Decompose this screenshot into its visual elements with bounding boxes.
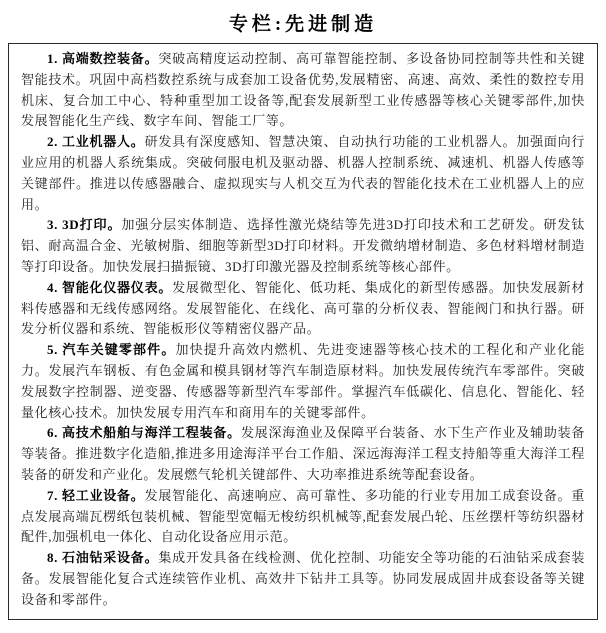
item-heading: 3. 3D打印。 bbox=[47, 217, 121, 232]
item-paragraph: 1. 高端数控装备。突破高精度运动控制、高可靠智能控制、多设备协同控制等共性和关… bbox=[21, 49, 585, 132]
document-page: 专栏:先进制造 1. 高端数控装备。突破高精度运动控制、高可靠智能控制、多设备协… bbox=[0, 0, 606, 633]
item-heading: 4. 智能化仪器仪表。 bbox=[47, 280, 172, 295]
item-paragraph: 8. 石油钻采设备。集成开发具备在线检测、优化控制、功能安全等功能的石油钻采成套… bbox=[21, 548, 585, 610]
item-paragraph: 3. 3D打印。加强分层实体制造、选择性激光烧结等先进3D打印技术和工艺研发。研… bbox=[21, 215, 585, 277]
item-heading: 1. 高端数控装备。 bbox=[47, 51, 158, 66]
item-paragraph: 5. 汽车关键零部件。加快提升高效内燃机、先进变速器等核心技术的工程化和产业化能… bbox=[21, 340, 585, 423]
page-title: 专栏:先进制造 bbox=[0, 0, 606, 36]
item-heading: 2. 工业机器人。 bbox=[47, 134, 145, 149]
item-heading: 5. 汽车关键零部件。 bbox=[47, 342, 175, 357]
item-heading: 8. 石油钻采设备。 bbox=[47, 550, 158, 565]
content-panel: 1. 高端数控装备。突破高精度运动控制、高可靠智能控制、多设备协同控制等共性和关… bbox=[8, 43, 598, 620]
item-heading: 7. 轻工业设备。 bbox=[47, 488, 145, 503]
item-paragraph: 4. 智能化仪器仪表。发展微型化、智能化、低功耗、集成化的新型传感器。加快发展新… bbox=[21, 278, 585, 340]
item-paragraph: 2. 工业机器人。研发具有深度感知、智慧决策、自动执行功能的工业机器人。加强面向… bbox=[21, 132, 585, 215]
item-paragraph: 6. 高技术船舶与海洋工程装备。发展深海渔业及保障平台装备、水下生产作业及辅助装… bbox=[21, 423, 585, 485]
item-paragraph: 7. 轻工业设备。发展智能化、高速响应、高可靠性、多功能的行业专用加工成套设备。… bbox=[21, 486, 585, 548]
item-heading: 6. 高技术船舶与海洋工程装备。 bbox=[47, 425, 241, 440]
